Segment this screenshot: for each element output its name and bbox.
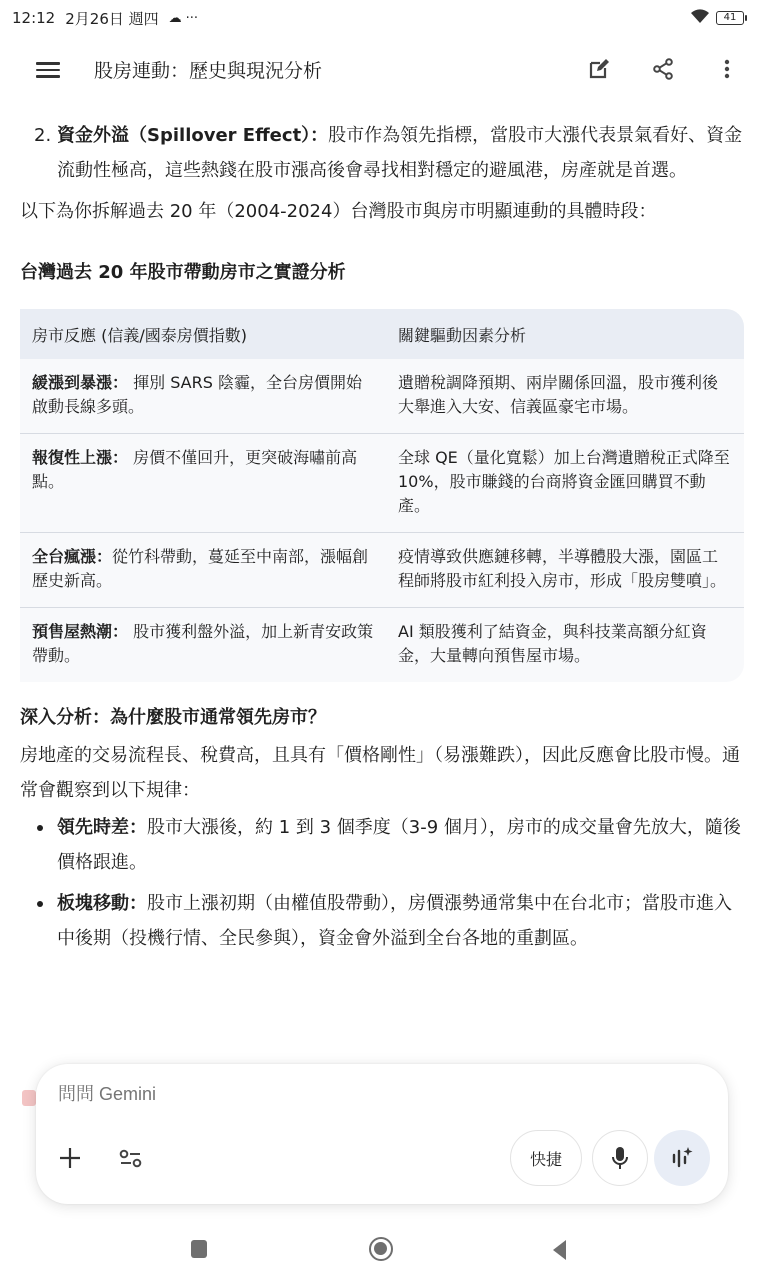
- drivers-cell: AI 類股獲利了結資金，與科技業高額分紅資金，大量轉向預售屋市場。: [386, 608, 744, 683]
- status-bar: 12:12 2月26日 週四 ☁ ··· 41: [0, 0, 764, 36]
- list-number: 2.: [34, 118, 51, 153]
- battery-level: 41: [724, 13, 737, 23]
- reaction-label: 緩漲到暴漲：: [32, 373, 128, 392]
- drivers-cell: 遺贈稅調降預期、兩岸關係回溫，股市獲利後大舉進入大安、信義區豪宅市場。: [386, 359, 744, 434]
- edit-icon[interactable]: [586, 56, 612, 82]
- rule-text: 股市上漲初期（由權值股帶動），房價漲勢通常集中在台北市；當股市進入中後期（投機行…: [57, 893, 732, 949]
- analysis-table[interactable]: 房市反應 (信義/國泰房價指數) 關鍵驅動因素分析 緩漲到暴漲： 揮別 SARS…: [20, 309, 744, 682]
- cloud-icon: ☁: [169, 11, 182, 26]
- prompt-input-card: 快捷: [36, 1064, 728, 1204]
- menu-icon[interactable]: [36, 58, 60, 82]
- rule-title: 板塊移動：: [57, 893, 147, 914]
- drivers-cell: 疫情導致供應鏈移轉，半導體股大漲，園區工程師將股市紅利投入房市，形成「股房雙噴」…: [386, 533, 744, 608]
- table-row: 緩漲到暴漲： 揮別 SARS 陰霾，全台房價開始啟動長線多頭。 遺贈稅調降預期、…: [20, 359, 744, 434]
- reaction-label: 預售屋熱潮：: [32, 622, 128, 641]
- analysis-heading: 深入分析：為什麼股市通常領先房市？: [0, 704, 764, 732]
- intro-paragraph: 以下為你拆解過去 20 年（2004-2024）台灣股市與房市明顯連動的具體時段…: [0, 194, 764, 229]
- table-header-row: 房市反應 (信義/國泰房價指數) 關鍵驅動因素分析: [20, 309, 744, 359]
- tools-icon[interactable]: [118, 1146, 144, 1172]
- home-button[interactable]: [369, 1237, 393, 1261]
- prompt-input[interactable]: [58, 1084, 458, 1105]
- mic-icon[interactable]: [592, 1130, 648, 1186]
- table-row: 報復性上漲： 房價不僅回升，更突破海嘯前高點。 全球 QE（量化寬鬆）加上台灣遺…: [20, 434, 744, 533]
- battery-icon: 41: [716, 11, 744, 25]
- list-item-title: 資金外溢（Spillover Effect）：: [57, 125, 328, 146]
- column-header-reaction: 房市反應 (信義/國泰房價指數): [20, 309, 386, 359]
- reaction-label: 報復性上漲：: [32, 448, 128, 467]
- back-button[interactable]: [553, 1240, 566, 1260]
- reaction-cell: 報復性上漲： 房價不僅回升，更突破海嘯前高點。: [20, 434, 386, 533]
- partially-hidden-icon: [22, 1090, 36, 1106]
- status-right: 41: [690, 8, 744, 28]
- rules-list: 領先時差：股市大漲後，約 1 到 3 個季度（3-9 個月），房市的成交量會先放…: [0, 810, 764, 956]
- app-bar: 股房連動：歷史與現況分析: [0, 44, 764, 96]
- table-row: 全台瘋漲：從竹科帶動，蔓延至中南部，漲幅創歷史新高。 疫情導致供應鏈移轉，半導體…: [20, 533, 744, 608]
- recents-button[interactable]: [191, 1240, 207, 1258]
- conversation-title: 股房連動：歷史與現況分析: [94, 56, 322, 83]
- wifi-icon: [690, 8, 710, 28]
- status-time: 12:12: [12, 9, 55, 27]
- reaction-cell: 預售屋熱潮： 股市獲利盤外溢，加上新青安政策帶動。: [20, 608, 386, 683]
- system-nav-bar: [0, 1228, 764, 1272]
- response-content: 2. 資金外溢（Spillover Effect）：股市作為領先指標，當股市大漲…: [0, 118, 764, 962]
- reaction-cell: 全台瘋漲：從竹科帶動，蔓延至中南部，漲幅創歷史新高。: [20, 533, 386, 608]
- app-actions: [586, 56, 740, 82]
- column-header-drivers: 關鍵驅動因素分析: [386, 309, 744, 359]
- status-date: 2月26日 週四: [65, 8, 158, 29]
- live-icon[interactable]: [654, 1130, 710, 1186]
- rule-title: 領先時差：: [57, 817, 147, 838]
- table-heading: 台灣過去 20 年股市帶動房市之實證分析: [0, 259, 764, 287]
- drivers-cell: 全球 QE（量化寬鬆）加上台灣遺贈稅正式降至 10%，股市賺錢的台商將資金匯回購…: [386, 434, 744, 533]
- rule-text: 股市大漲後，約 1 到 3 個季度（3-9 個月），房市的成交量會先放大，隨後價…: [57, 817, 741, 873]
- analysis-paragraph: 房地產的交易流程長、稅費高，且具有「價格剛性」（易漲難跌），因此反應會比股市慢。…: [0, 738, 764, 808]
- plus-icon[interactable]: [56, 1144, 84, 1172]
- ordered-list-item: 2. 資金外溢（Spillover Effect）：股市作為領先指標，當股市大漲…: [0, 118, 764, 188]
- list-item: 板塊移動：股市上漲初期（由權值股帶動），房價漲勢通常集中在台北市；當股市進入中後…: [0, 886, 764, 956]
- more-notifications-icon: ···: [186, 11, 198, 26]
- more-vert-icon[interactable]: [714, 56, 740, 82]
- screen: 12:12 2月26日 週四 ☁ ··· 41 股房連動：歷史與現況分析: [0, 0, 764, 1280]
- reaction-cell: 緩漲到暴漲： 揮別 SARS 陰霾，全台房價開始啟動長線多頭。: [20, 359, 386, 434]
- share-icon[interactable]: [650, 56, 676, 82]
- shortcut-button[interactable]: 快捷: [510, 1130, 582, 1186]
- reaction-label: 全台瘋漲：: [32, 547, 112, 566]
- list-item: 領先時差：股市大漲後，約 1 到 3 個季度（3-9 個月），房市的成交量會先放…: [0, 810, 764, 880]
- table-row: 預售屋熱潮： 股市獲利盤外溢，加上新青安政策帶動。 AI 類股獲利了結資金，與科…: [20, 608, 744, 683]
